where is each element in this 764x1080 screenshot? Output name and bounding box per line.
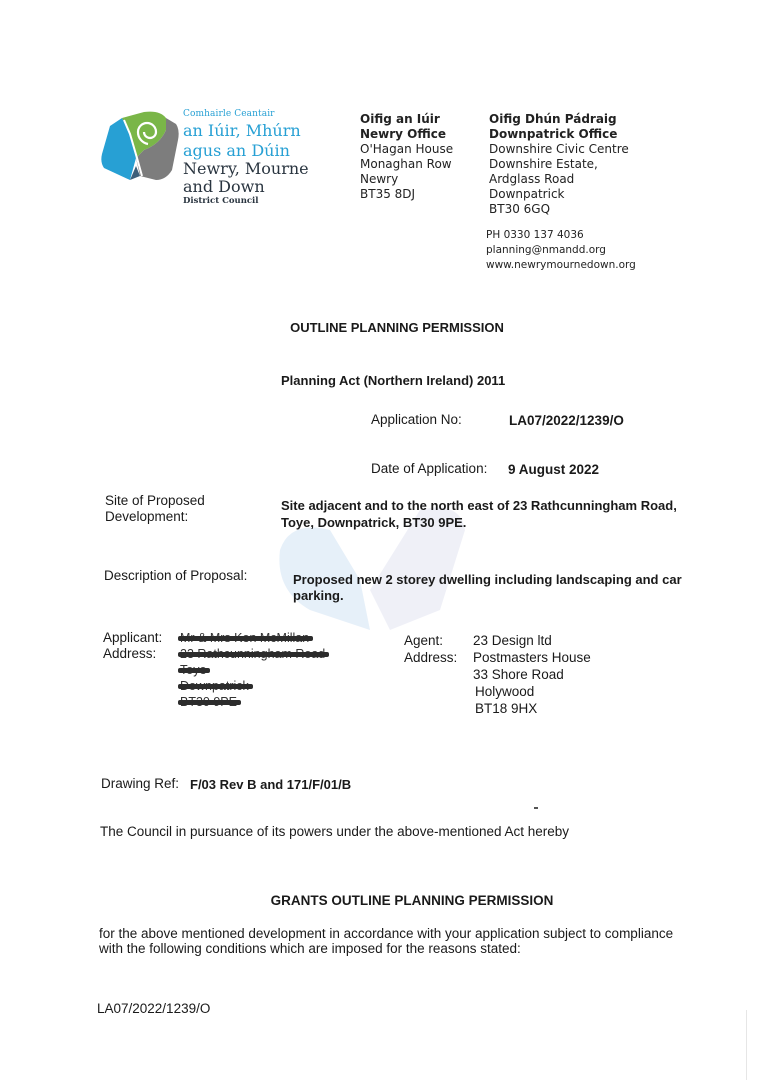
contact-block: PH 0330 137 4036 planning@nmandd.org www… bbox=[486, 228, 636, 273]
scan-mark bbox=[534, 807, 538, 809]
description-value: Proposed new 2 storey dwelling including… bbox=[293, 572, 683, 604]
description-label: Description of Proposal: bbox=[104, 568, 247, 583]
logo-irish-small: Comhairle Ceantair bbox=[183, 110, 309, 119]
application-no-value: LA07/2022/1239/O bbox=[509, 413, 624, 428]
agent-line: BT18 9HX bbox=[473, 700, 591, 717]
downpatrick-address-line: Downshire Civic Centre bbox=[489, 142, 629, 157]
phone-number: PH 0330 137 4036 bbox=[486, 228, 636, 243]
agent-line: 23 Design ltd bbox=[473, 632, 591, 649]
applicant-labels: Applicant: Address: bbox=[103, 630, 162, 662]
agent-line: 33 Shore Road bbox=[473, 666, 591, 683]
logo-irish-line1: an Iúir, Mhúrn bbox=[183, 122, 309, 139]
planning-act: Planning Act (Northern Ireland) 2011 bbox=[281, 373, 505, 388]
date-of-application-value: 9 August 2022 bbox=[508, 462, 599, 477]
downpatrick-address-line: Downshire Estate, bbox=[489, 157, 629, 172]
grants-heading: GRANTS OUTLINE PLANNING PERMISSION bbox=[0, 893, 764, 908]
redacted-line: BT30 9PE bbox=[180, 694, 237, 710]
drawing-ref-label: Drawing Ref: bbox=[101, 776, 179, 791]
newry-office-block: Oifig an Iúir Newry Office O'Hagan House… bbox=[360, 112, 453, 202]
newry-address-line: O'Hagan House bbox=[360, 142, 453, 157]
document-title: OUTLINE PLANNING PERMISSION bbox=[0, 320, 764, 335]
site-label: Site of Proposed Development: bbox=[105, 493, 205, 525]
agent-block: 23 Design ltd Postmasters House 33 Shore… bbox=[473, 632, 591, 717]
redacted-line: Toye bbox=[180, 662, 206, 678]
council-statement: The Council in pursuance of its powers u… bbox=[100, 824, 569, 839]
newry-address-line: Newry bbox=[360, 172, 453, 187]
newry-office-irish: Oifig an Iúir bbox=[360, 112, 453, 127]
site-value: Site adjacent and to the north east of 2… bbox=[281, 497, 681, 531]
date-of-application-label: Date of Application: bbox=[371, 461, 487, 476]
agent-line: Holywood bbox=[473, 683, 591, 700]
council-logo-text: Comhairle Ceantair an Iúir, Mhúrn agus a… bbox=[183, 110, 309, 206]
logo-irish-line2: agus an Dúin bbox=[183, 142, 309, 159]
agent-labels: Agent: Address: bbox=[404, 632, 457, 666]
logo-council: District Council bbox=[183, 197, 309, 206]
downpatrick-address-line: Ardglass Road bbox=[489, 172, 629, 187]
redacted-line: Mr & Mrs Ken McMillan bbox=[180, 630, 309, 646]
newry-address-line: Monaghan Row bbox=[360, 157, 453, 172]
logo-english-line2: and Down bbox=[183, 178, 309, 195]
applicant-redacted-block: Mr & Mrs Ken McMillan 23 Rathcunningham … bbox=[180, 630, 325, 710]
council-logo-icon bbox=[100, 110, 180, 182]
agent-line: Postmasters House bbox=[473, 649, 591, 666]
website-url: www.newrymournedown.org bbox=[486, 258, 636, 273]
newry-address-line: BT35 8DJ bbox=[360, 187, 453, 202]
agent-label: Agent: bbox=[404, 632, 457, 649]
footer-reference: LA07/2022/1239/O bbox=[97, 1001, 210, 1016]
conditions-intro: for the above mentioned development in a… bbox=[99, 926, 699, 956]
site-label-line: Development: bbox=[105, 509, 205, 525]
downpatrick-office-block: Oifig Dhún Pádraig Downpatrick Office Do… bbox=[489, 112, 629, 217]
downpatrick-office-english: Downpatrick Office bbox=[489, 127, 629, 142]
email-address: planning@nmandd.org bbox=[486, 243, 636, 258]
logo-english-line1: Newry, Mourne bbox=[183, 160, 309, 177]
application-no-label: Application No: bbox=[371, 412, 462, 427]
applicant-address-label: Address: bbox=[103, 646, 162, 662]
downpatrick-office-irish: Oifig Dhún Pádraig bbox=[489, 112, 629, 127]
redacted-line: 23 Rathcunningham Road bbox=[180, 646, 325, 662]
downpatrick-address-line: BT30 6GQ bbox=[489, 202, 629, 217]
newry-office-english: Newry Office bbox=[360, 127, 453, 142]
applicant-label: Applicant: bbox=[103, 630, 162, 646]
site-label-line: Site of Proposed bbox=[105, 493, 205, 509]
drawing-ref-value: F/03 Rev B and 171/F/01/B bbox=[190, 777, 351, 792]
agent-address-label: Address: bbox=[404, 649, 457, 666]
redacted-line: Downpatrick bbox=[180, 678, 249, 694]
scan-edge-line bbox=[746, 1010, 747, 1080]
downpatrick-address-line: Downpatrick bbox=[489, 187, 629, 202]
